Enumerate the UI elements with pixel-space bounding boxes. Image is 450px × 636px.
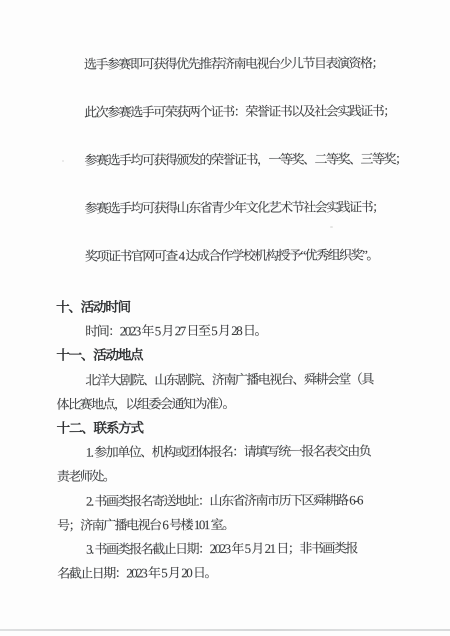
scan-noise-speck (330, 226, 333, 228)
body-line: 名截止日期：2023 年 5 月 20 日。 (57, 560, 400, 586)
body-line: 2. 书画类报名寄送地址：山东省济南市历下区舜耕路 6-6 (57, 488, 400, 514)
intro-line: 参赛选手均可获得颁发的荣誉证书，一等奖、二等奖、三等奖； (55, 150, 398, 169)
scanned-document-page: 选手参赛即可获得优先推荐济南电视台少儿节目表演资格； 此次参赛选手可荣获两个证书… (0, 0, 450, 636)
intro-line: 选手参赛即可获得优先推荐济南电视台少儿节目表演资格； (55, 54, 398, 73)
section-activity-time: 十、活动时间 时间：2023 年 5 月 27 日至 5 月 28 日。 (56, 294, 399, 344)
intro-line: 此次参赛选手可荣获两个证书：荣誉证书以及社会实践证书； (55, 102, 398, 121)
section-heading: 十、活动时间 (56, 294, 399, 320)
body-line: 北洋大剧院、山东剧院、济南广播电视台、舜耕会堂（具 (56, 367, 399, 393)
intro-line: 参赛选手均可获得山东省青少年文化艺术节社会实践证书； (56, 198, 399, 217)
body-line: 3. 书画类报名截止日期：2023 年 5 月 21 日；非书画类报 (57, 536, 400, 562)
document-content: 选手参赛即可获得优先推荐济南电视台少儿节目表演资格； 此次参赛选手可荣获两个证书… (55, 54, 400, 586)
section-contact-info: 十二、联系方式 1. 参加单位、机构或团体报名：请填写统一报名表交由负 责老师处… (57, 415, 401, 586)
section-activity-location: 十一、活动地点 北洋大剧院、山东剧院、济南广播电视台、舜耕会堂（具 体比赛地点，… (56, 343, 399, 417)
intro-paragraphs: 选手参赛即可获得优先推荐济南电视台少儿节目表演资格； 此次参赛选手可荣获两个证书… (55, 54, 399, 265)
scan-noise-speck (62, 160, 64, 162)
body-line: 责老师处。 (57, 464, 400, 490)
intro-line: 奖项证书官网可查 4 达成合作学校机构授予“优秀组织奖”。 (56, 246, 399, 265)
body-line: 号；济南广播电视台 6 号楼 101 室。 (57, 512, 400, 538)
section-heading: 十二、联系方式 (57, 415, 400, 441)
section-heading: 十一、活动地点 (56, 343, 399, 369)
body-line: 1. 参加单位、机构或团体报名：请填写统一报名表交由负 (57, 439, 400, 465)
body-line: 体比赛地点，以组委会通知为准）。 (56, 391, 399, 417)
scan-bottom-edge (0, 629, 450, 631)
body-line: 时间：2023 年 5 月 27 日至 5 月 28 日。 (56, 318, 399, 344)
numbered-sections: 十、活动时间 时间：2023 年 5 月 27 日至 5 月 28 日。 十一、… (56, 294, 400, 586)
